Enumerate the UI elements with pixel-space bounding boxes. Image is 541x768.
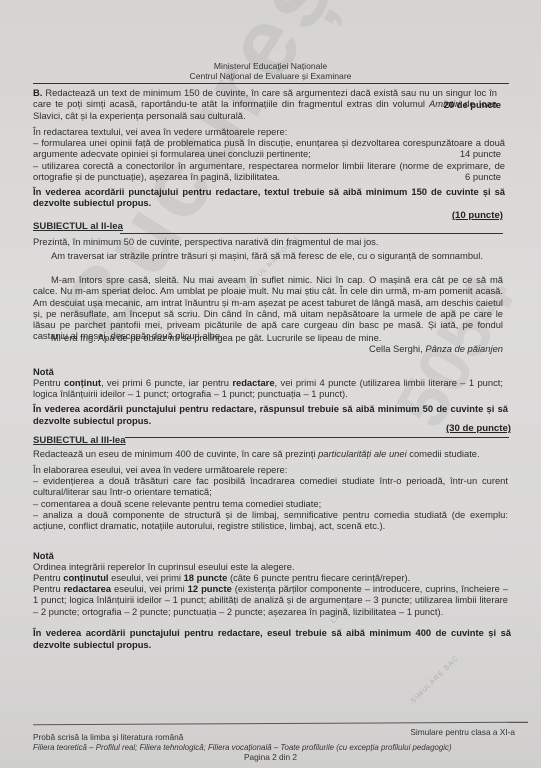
excerpt-paragraph-3: Mi-era frig. Apa de pe obraz mi se preli…: [33, 332, 503, 343]
excerpt-work: Pânza de păianjen: [425, 343, 503, 354]
header-divider: [33, 83, 509, 84]
subject-3-header: (30 de puncte) SUBIECTUL al III-lea: [33, 423, 511, 446]
subject-2-note-title: Notă: [33, 366, 497, 377]
excerpt-source: Cella Serghi, Pânza de păianjen: [33, 343, 503, 354]
document-header: Ministerul Educației Naționale Centrul N…: [0, 61, 541, 81]
part-b-guide-intro: În redactarea textului, vei avea în vede…: [33, 126, 497, 137]
footer-divider: [33, 722, 528, 726]
subject-2-divider: [120, 233, 503, 234]
subject-3-guide-1: – evidențierea a două trăsături care fac…: [33, 475, 508, 498]
stamp-text: SIMULARE BAC: [410, 655, 460, 705]
subject-2-prompt: Prezintă, în minimum 50 de cuvinte, pers…: [33, 236, 497, 247]
subject-3-note-order: Ordinea integrării reperelor în cuprinsu…: [33, 561, 497, 572]
subject-3-requirement: În vederea acordării punctajului pentru …: [33, 627, 511, 651]
footer-row-1: Probă scrisă la limba și literatura româ…: [33, 728, 515, 743]
subject-3-note-content: Pentru conținutul eseului, vei primi 18 …: [33, 572, 508, 583]
excerpt-paragraph-1: Am traversat iar străzile printre trăsur…: [33, 250, 503, 261]
subject-2-header: (10 puncte) SUBIECTUL al II-lea: [33, 210, 503, 232]
subject-3-guide-2: – comentarea a două scene relevante pent…: [33, 498, 508, 509]
excerpt-author: Cella Serghi,: [369, 343, 425, 354]
subject-2-title: SUBIECTUL al II-lea: [33, 221, 503, 232]
part-b-points: 20 de puncte: [33, 99, 501, 110]
subject-3-prompt: Redactează un eseu de minimum 400 de cuv…: [33, 448, 513, 459]
part-b-guide-2-points: 6 puncte: [33, 171, 501, 182]
subject-3-points: (30 de puncte): [33, 423, 511, 434]
page-number: Pagina 2 din 2: [0, 753, 541, 763]
exam-page: București 5054 SUBIECTUL NAȚIONAL LAZAR …: [0, 0, 541, 768]
subject-3-note-form: Pentru redactarea eseului, vei primi 12 …: [33, 583, 508, 617]
footer-simulation: Simulare pentru clasa a XI-a: [410, 728, 515, 743]
subject-3-divider: [125, 437, 509, 438]
subject-2-note: Pentru conținut, vei primi 6 puncte, iar…: [33, 377, 503, 400]
subject-3-note-title: Notă: [33, 550, 497, 561]
subject-3-guide-intro: În elaborarea eseului, vei avea în veder…: [33, 464, 497, 475]
subject-3-guide-3: – analiza a două componente de structură…: [33, 509, 508, 532]
subject-2-points: (10 puncte): [33, 210, 503, 221]
part-b-label: B.: [33, 87, 42, 98]
center-name: Centrul Național de Evaluare și Examinar…: [0, 71, 541, 81]
ministry-name: Ministerul Educației Naționale: [0, 61, 541, 71]
part-b-requirement: În vederea acordării punctajului pentru …: [33, 186, 505, 209]
footer-exam-name: Probă scrisă la limba și literatura româ…: [33, 733, 183, 743]
part-b-guide-1-points: 14 puncte: [33, 148, 501, 159]
